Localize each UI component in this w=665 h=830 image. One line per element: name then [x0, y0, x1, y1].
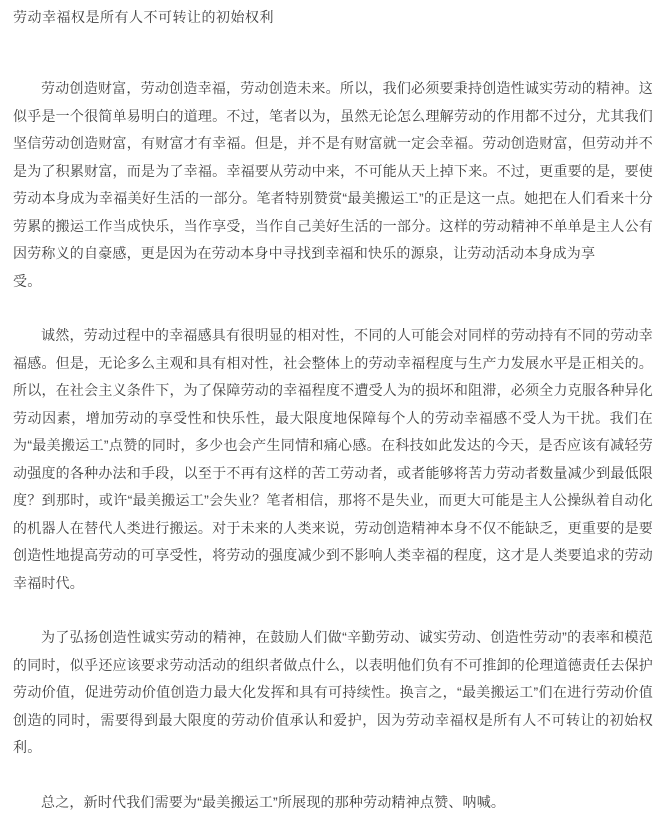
paragraph-2: 诚然，劳动过程中的幸福感具有很明显的相对性，不同的人可能会对同样的劳动持有不同的… [13, 322, 653, 597]
document-page: 劳动幸福权是所有人不可转让的初始权利 劳动创造财富，劳动创造幸福，劳动创造未来。… [0, 0, 665, 816]
paragraph-3: 为了弘扬创造性诚实劳动的精神，在鼓励人们做“辛勤劳动、诚实劳动、创造性劳动”的表… [13, 624, 653, 762]
paragraph-1: 劳动创造财富，劳动创造幸福，劳动创造未来。所以，我们必须要秉持创造性诚实劳动的精… [13, 75, 653, 295]
paragraph-4: 总之，新时代我们需要为“最美搬运工”所展现的那种劳动精神点赞、呐喊。 [13, 789, 653, 817]
document-title: 劳动幸福权是所有人不可转让的初始权利 [13, 8, 653, 26]
